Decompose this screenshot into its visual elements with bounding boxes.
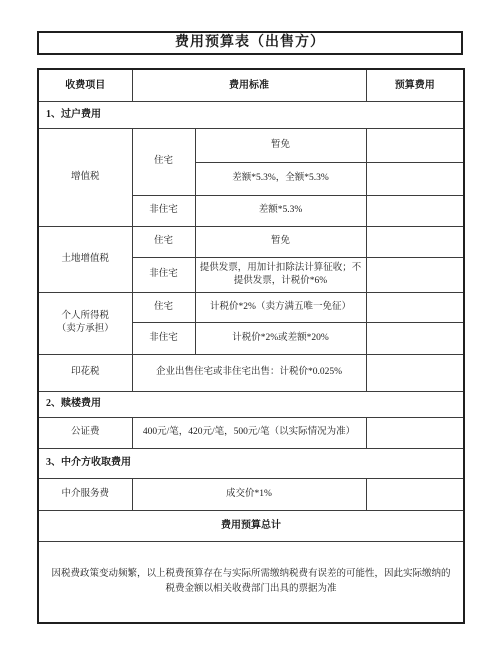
income-tax-residential-rate: 计税价*2%（卖方满五唯一免征） bbox=[195, 292, 366, 322]
agency-fee-standard: 成交价*1% bbox=[132, 478, 366, 510]
income-tax-label: 个人所得税 （卖方承担） bbox=[38, 292, 132, 354]
land-vat-residential-exempt: 暂免 bbox=[195, 226, 366, 257]
income-tax-label-line1: 个人所得税 bbox=[42, 310, 129, 323]
vat-nonresidential-rate: 差额*5.3% bbox=[195, 195, 366, 226]
budget-cell bbox=[366, 322, 464, 354]
income-tax-label-line2: （卖方承担） bbox=[42, 323, 129, 336]
vat-label: 增值税 bbox=[38, 128, 132, 226]
document-title: 费用预算表（出售方） bbox=[37, 31, 463, 55]
total-row: 费用预算总计 bbox=[38, 510, 464, 541]
header-fee-item: 收费项目 bbox=[38, 69, 132, 101]
budget-cell bbox=[366, 128, 464, 162]
section-redemption-fees-label: 2、赎楼费用 bbox=[38, 391, 464, 417]
header-budget-fee: 预算费用 bbox=[366, 69, 464, 101]
budget-cell bbox=[366, 257, 464, 292]
income-tax-nonresidential-label: 非住宅 bbox=[132, 322, 195, 354]
vat-residential-rate: 差额*5.3%，全额*5.3% bbox=[195, 162, 366, 195]
header-row: 收费项目 费用标准 预算费用 bbox=[38, 69, 464, 101]
footnote: 因税费政策变动频繁，以上税费预算存在与实际所需缴纳税费有误差的可能性，因此实际缴… bbox=[38, 541, 464, 623]
section-transfer-fees-label: 1、过户费用 bbox=[38, 101, 464, 128]
budget-cell bbox=[366, 162, 464, 195]
vat-residential-exempt-row: 增值税 住宅 暂免 bbox=[38, 128, 464, 162]
agency-fee-row: 中介服务费 成交价*1% bbox=[38, 478, 464, 510]
notary-fee-label: 公证费 bbox=[38, 417, 132, 448]
income-tax-residential-label: 住宅 bbox=[132, 292, 195, 322]
income-tax-residential-row: 个人所得税 （卖方承担） 住宅 计税价*2%（卖方满五唯一免征） bbox=[38, 292, 464, 322]
stamp-tax-row: 印花税 企业出售住宅或非住宅出售：计税价*0.025% bbox=[38, 354, 464, 391]
land-vat-residential-label: 住宅 bbox=[132, 226, 195, 257]
budget-cell bbox=[366, 417, 464, 448]
notary-fee-standard: 400元/笔，420元/笔，500元/笔（以实际情况为准） bbox=[132, 417, 366, 448]
land-vat-nonresidential-label: 非住宅 bbox=[132, 257, 195, 292]
budget-cell bbox=[366, 226, 464, 257]
header-fee-standard: 费用标准 bbox=[132, 69, 366, 101]
vat-nonresidential-label: 非住宅 bbox=[132, 195, 195, 226]
land-vat-nonresidential-rate: 提供发票，用加计扣除法计算征收；不提供发票，计税价*6% bbox=[195, 257, 366, 292]
fee-budget-table: 收费项目 费用标准 预算费用 1、过户费用 增值税 住宅 暂免 差额*5.3%，… bbox=[37, 68, 465, 624]
land-vat-residential-row: 土地增值税 住宅 暂免 bbox=[38, 226, 464, 257]
income-tax-nonresidential-rate: 计税价*2%或差额*20% bbox=[195, 322, 366, 354]
agency-fee-label: 中介服务费 bbox=[38, 478, 132, 510]
budget-cell bbox=[366, 195, 464, 226]
notary-fee-row: 公证费 400元/笔，420元/笔，500元/笔（以实际情况为准） bbox=[38, 417, 464, 448]
section-row-agency-fees: 3、中介方收取费用 bbox=[38, 448, 464, 478]
stamp-tax-label: 印花税 bbox=[38, 354, 132, 391]
vat-residential-exempt: 暂免 bbox=[195, 128, 366, 162]
total-label: 费用预算总计 bbox=[38, 510, 464, 541]
budget-cell bbox=[366, 478, 464, 510]
vat-residential-label: 住宅 bbox=[132, 128, 195, 195]
footnote-row: 因税费政策变动频繁，以上税费预算存在与实际所需缴纳税费有误差的可能性，因此实际缴… bbox=[38, 541, 464, 623]
section-row-redemption-fees: 2、赎楼费用 bbox=[38, 391, 464, 417]
section-row-transfer-fees: 1、过户费用 bbox=[38, 101, 464, 128]
stamp-tax-standard: 企业出售住宅或非住宅出售：计税价*0.025% bbox=[132, 354, 366, 391]
land-vat-label: 土地增值税 bbox=[38, 226, 132, 292]
section-agency-fees-label: 3、中介方收取费用 bbox=[38, 448, 464, 478]
budget-cell bbox=[366, 292, 464, 322]
budget-cell bbox=[366, 354, 464, 391]
document-sheet: 费用预算表（出售方） 收费项目 费用标准 预算费用 1、过户费用 增值税 住宅 … bbox=[0, 0, 500, 624]
